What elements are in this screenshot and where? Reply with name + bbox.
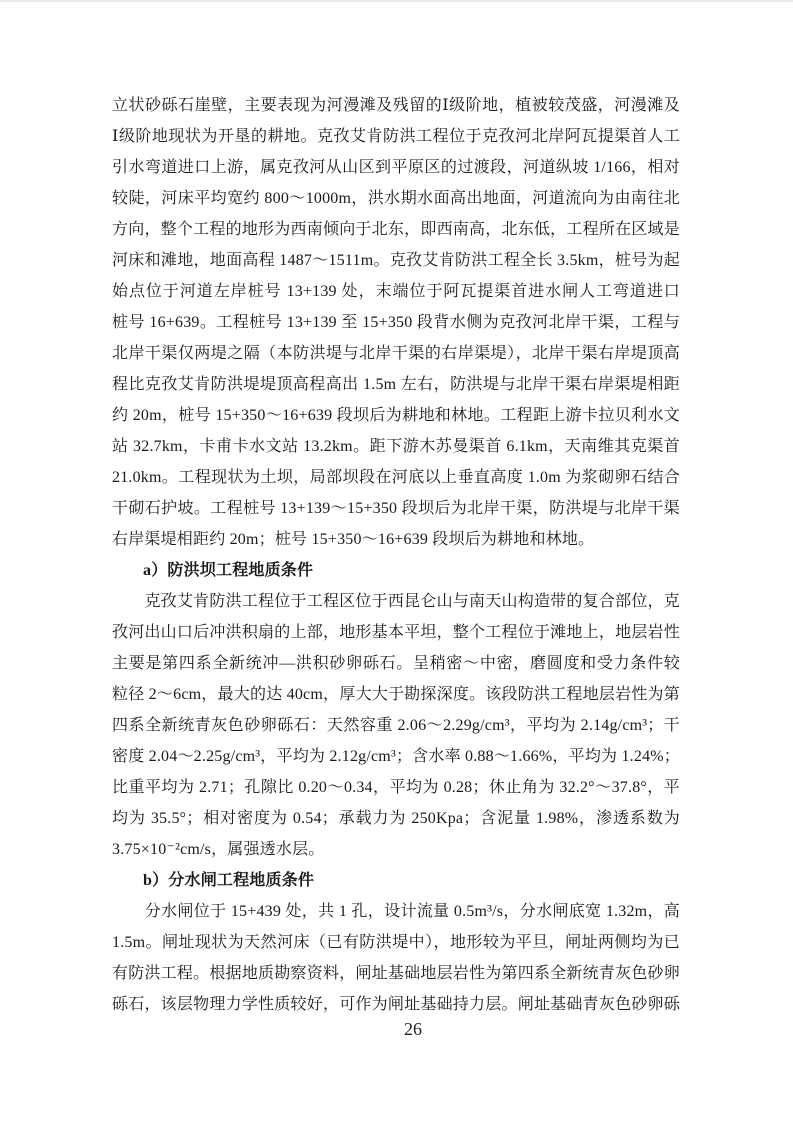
paragraph-section-a: 克孜艾肯防洪工程位于工程区位于西昆仑山与南天山构造带的复合部位，克孜河出山口后冲… [112,586,680,865]
text-line: 粒径 2～6cm，最大的达 40cm，厚大大于勘探深度。该段防洪工程地层岩性为第 [112,679,680,710]
text-line: 右岸渠堤相距约 20m；桩号 15+350～16+639 段坝后为耕地和林地。 [112,524,680,555]
text-line: 桩号 16+639。工程桩号 13+139 至 15+350 段背水侧为克孜河北… [112,307,680,338]
text-line: 砾石，该层物理力学性质较好，可作为闸址基础持力层。闸址基础青灰色砂卵砾 [112,989,680,1020]
text-line: 程比克孜艾肯防洪堤堤顶高程高出 1.5m 左右，防洪堤与北岸干渠右岸渠堤相距 [112,369,680,400]
text-line: 四系全新统青灰色砂卵砾石：天然容重 2.06～2.29g/cm³，平均为 2.1… [112,710,680,741]
text-line: 分水闸位于 15+439 处，共 1 孔，设计流量 0.5m³/s，分水闸底宽 … [112,896,680,927]
document-page: 立状砂砾石崖壁，主要表现为河漫滩及残留的Ⅰ级阶地，植被较茂盛，河漫滩及Ⅰ级阶地现… [112,90,680,1020]
text-line: 较陡，河床平均宽约 800～1000m，洪水期水面高出地面，河道流向为由南往北 [112,183,680,214]
text-line: 孜河出山口后冲洪积扇的上部，地形基本平坦，整个工程位于滩地上，地层岩性 [112,617,680,648]
text-line: Ⅰ级阶地现状为开垦的耕地。克孜艾肯防洪工程位于克孜河北岸阿瓦提渠首人工 [112,121,680,152]
paragraph-continuation: 立状砂砾石崖壁，主要表现为河漫滩及残留的Ⅰ级阶地，植被较茂盛，河漫滩及Ⅰ级阶地现… [112,90,680,555]
text-line: 干砌石护坡。工程桩号 13+139～15+350 段坝后为北岸干渠，防洪堤与北岸… [112,493,680,524]
text-line: 站 32.7km，卡甫卡水文站 13.2km。距下游木苏曼渠首 6.1km，天南… [112,431,680,462]
page-top-edge [0,0,793,2]
section-heading-a: a）防洪坝工程地质条件 [112,555,680,586]
text-line: 有防洪工程。根据地质勘察资料，闸址基础地层岩性为第四系全新统青灰色砂卵 [112,958,680,989]
text-line: 3.75×10⁻²cm/s，属强透水层。 [112,834,680,865]
text-line: 密度 2.04～2.25g/cm³，平均为 2.12g/cm³；含水率 0.88… [112,741,680,772]
text-line: 约 20m，桩号 15+350～16+639 段坝后为耕地和林地。工程距上游卡拉… [112,400,680,431]
text-line: 比重平均为 2.71；孔隙比 0.20～0.34，平均为 0.28；休止角为 3… [112,772,680,803]
page-number: 26 [404,1019,422,1040]
text-line: 引水弯道进口上游，属克孜河从山区到平原区的过渡段，河道纵坡 1/166，相对 [112,152,680,183]
text-line: 方向，整个工程的地形为西南倾向于北东，即西南高，北东低，工程所在区域是 [112,214,680,245]
text-line: 主要是第四系全新统冲—洪积砂卵砾石。呈稍密～中密，磨圆度和受力条件较好， [112,648,680,679]
section-heading-b: b）分水闸工程地质条件 [112,865,680,896]
text-line: 立状砂砾石崖壁，主要表现为河漫滩及残留的Ⅰ级阶地，植被较茂盛，河漫滩及 [112,90,680,121]
text-line: 21.0km。工程现状为土坝，局部坝段在河底以上垂直高度 1.0m 为浆砌卵石结… [112,462,680,493]
text-line: 北岸干渠仅两堤之隔（本防洪堤与北岸干渠的右岸渠堤），北岸干渠右岸堤顶高 [112,338,680,369]
text-line: 始点位于河道左岸桩号 13+139 处，末端位于阿瓦提渠首进水闸人工弯道进口处， [112,276,680,307]
paragraph-section-b: 分水闸位于 15+439 处，共 1 孔，设计流量 0.5m³/s，分水闸底宽 … [112,896,680,1020]
text-line: 河床和滩地，地面高程 1487～1511m。克孜艾肯防洪工程全长 3.5km，桩… [112,245,680,276]
text-line: 1.5m。闸址现状为天然河床（已有防洪堤中），地形较为平旦，闸址两侧均为已 [112,927,680,958]
text-line: 克孜艾肯防洪工程位于工程区位于西昆仑山与南天山构造带的复合部位，克 [112,586,680,617]
text-line: 均为 35.5°；相对密度为 0.54；承载力为 250Kpa；含泥量 1.98… [112,803,680,834]
